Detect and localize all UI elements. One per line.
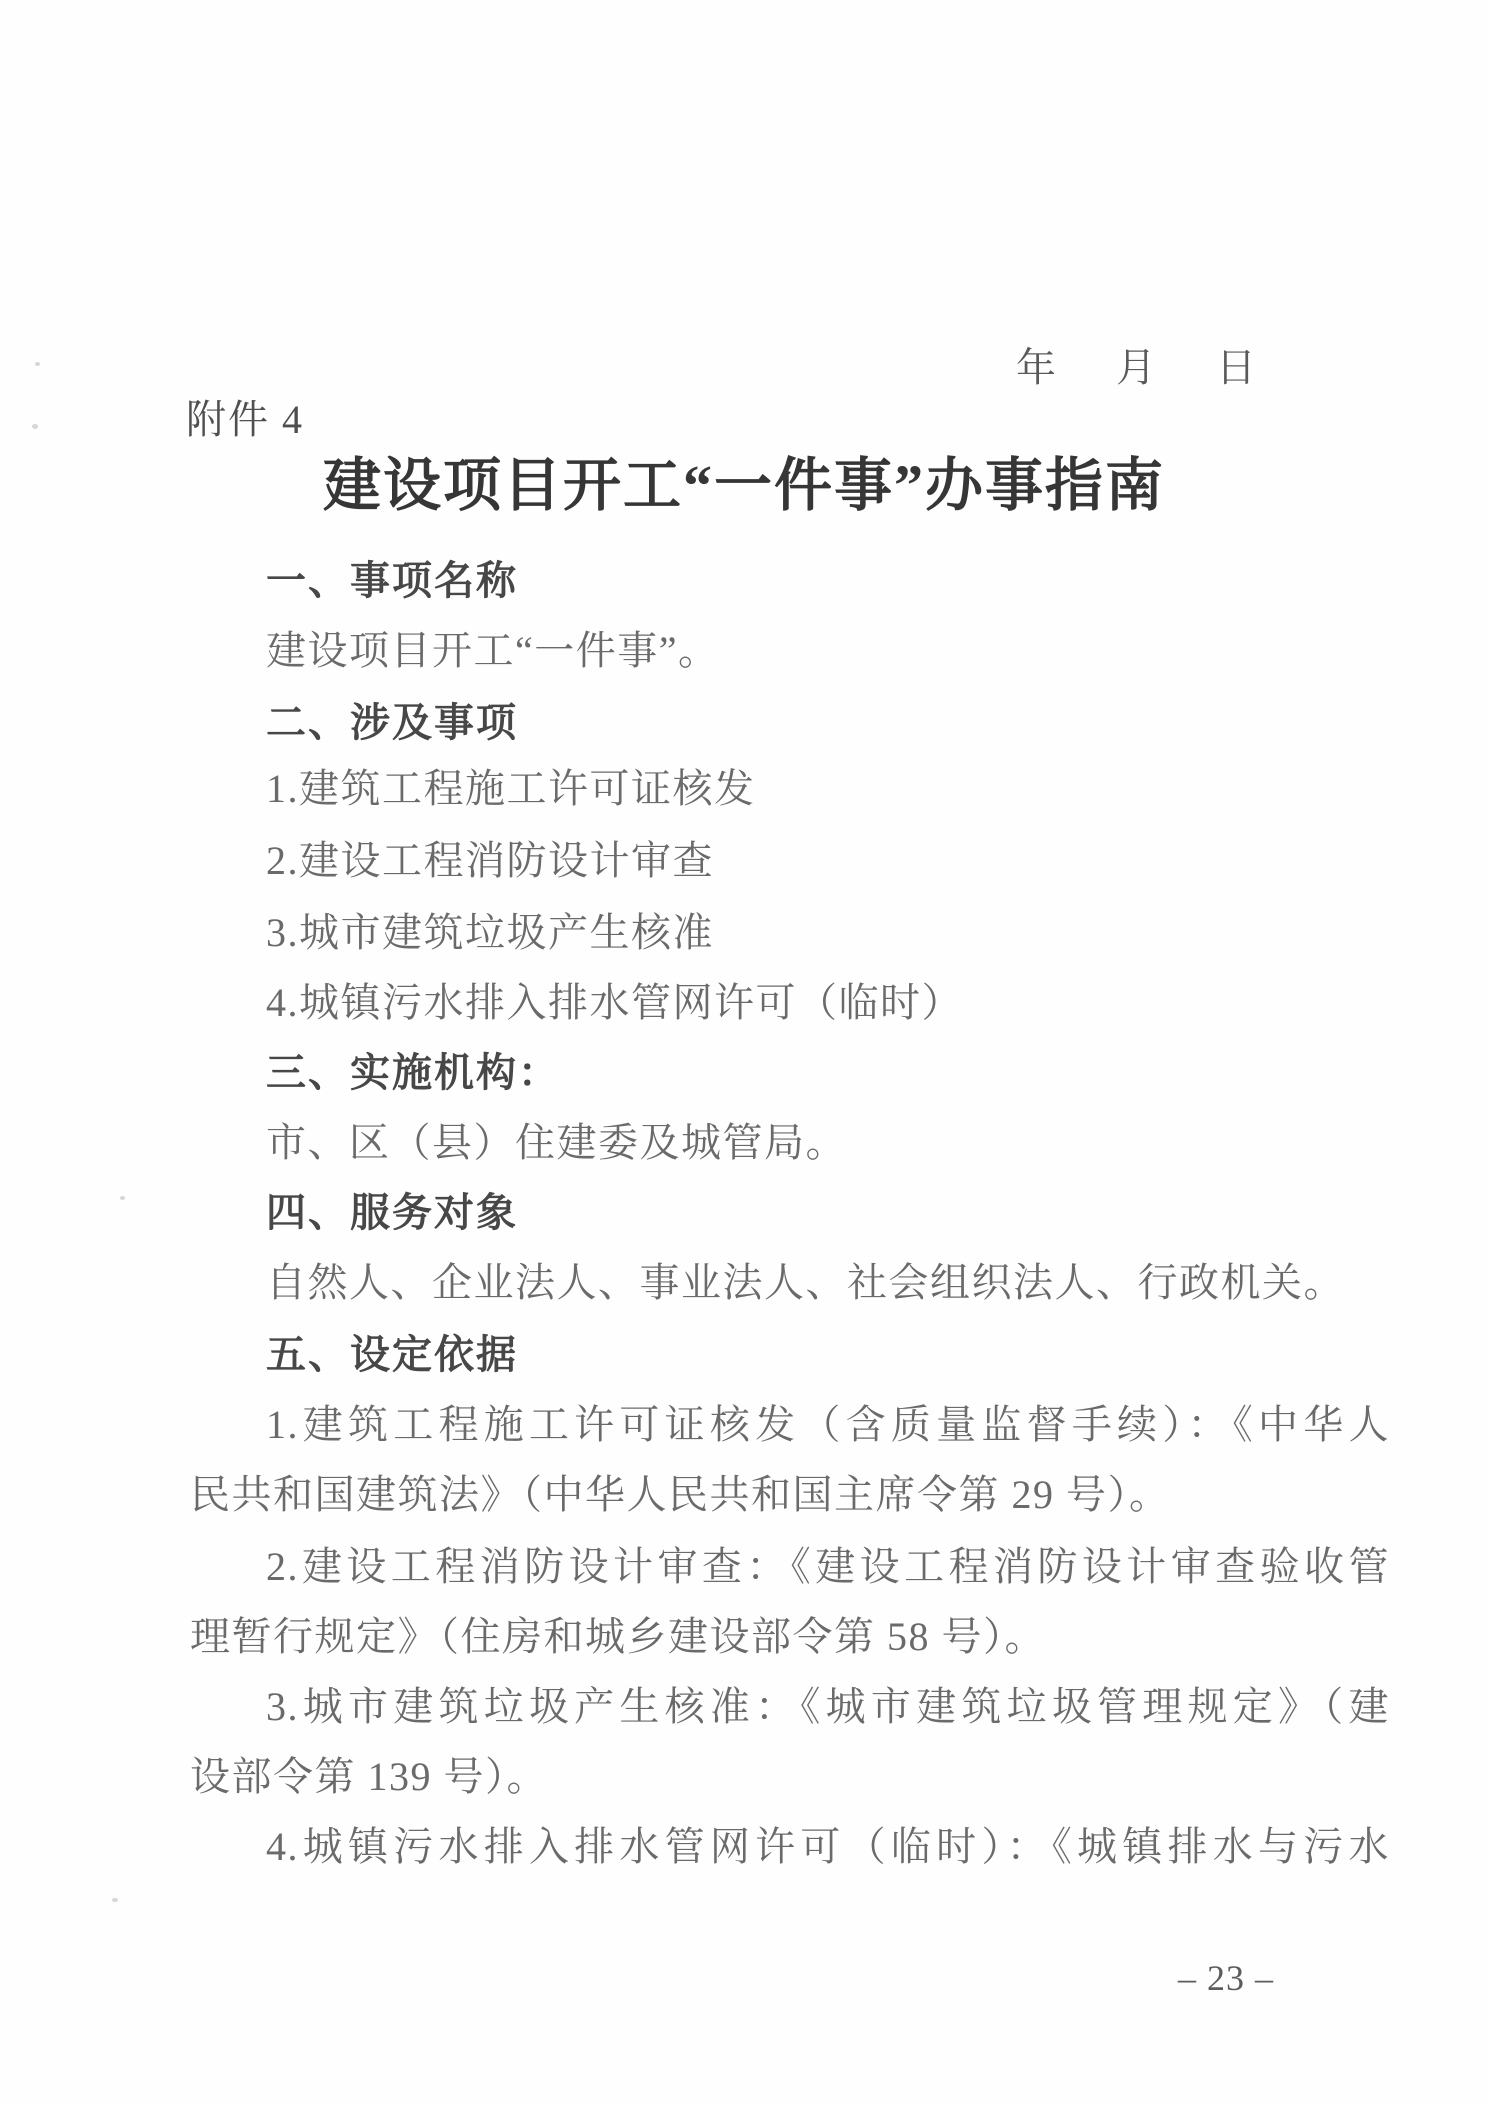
section-heading: 五、设定依据 (190, 1330, 1390, 1380)
text-line: 建设项目开工“一件事”。 (190, 626, 1390, 676)
text-line: 3.城市建筑垃圾产生核准：《城市建筑垃圾管理规定》（建 (190, 1682, 1390, 1732)
section-heading: 三、实施机构： (190, 1048, 1390, 1098)
document-page: 年 月 日 附件 4 建设项目开工“一件事”办事指南 一、事项名称 建设项目开工… (0, 0, 1488, 2106)
text-line: 2.建设工程消防设计审查：《建设工程消防设计审查验收管 (190, 1542, 1390, 1592)
scan-speck (32, 424, 38, 429)
scan-speck (120, 1196, 125, 1200)
text-line: 自然人、企业法人、事业法人、社会组织法人、行政机关。 (190, 1258, 1390, 1308)
section-heading: 二、涉及事项 (190, 698, 1390, 748)
text-line: 市、区（县）住建委及城管局。 (190, 1118, 1390, 1168)
list-item: 1.建筑工程施工许可证核发 (190, 764, 1390, 814)
section-heading: 一、事项名称 (190, 556, 1390, 606)
list-item: 3.城市建筑垃圾产生核准 (190, 908, 1390, 958)
attachment-label: 附件 4 (186, 396, 304, 444)
scan-speck (112, 1898, 118, 1902)
text-line: 设部令第 139 号）。 (190, 1752, 1390, 1802)
text-line: 民共和国建筑法》（中华人民共和国主席令第 29 号）。 (190, 1470, 1390, 1520)
page-title: 建设项目开工“一件事”办事指南 (0, 452, 1488, 520)
list-item: 4.城镇污水排入排水管网许可（临时） (190, 978, 1390, 1028)
text-line: 4.城镇污水排入排水管网许可（临时）：《城镇排水与污水 (190, 1822, 1390, 1872)
text-line: 理暂行规定》（住房和城乡建设部令第 58 号）。 (190, 1612, 1390, 1662)
page-number: – 23 – (1178, 1956, 1274, 2000)
scan-speck (35, 362, 40, 366)
section-heading: 四、服务对象 (190, 1188, 1390, 1238)
date-line: 年 月 日 (1016, 344, 1256, 392)
text-line: 1.建筑工程施工许可证核发（含质量监督手续）：《中华人 (190, 1400, 1390, 1450)
list-item: 2.建设工程消防设计审查 (190, 836, 1390, 886)
